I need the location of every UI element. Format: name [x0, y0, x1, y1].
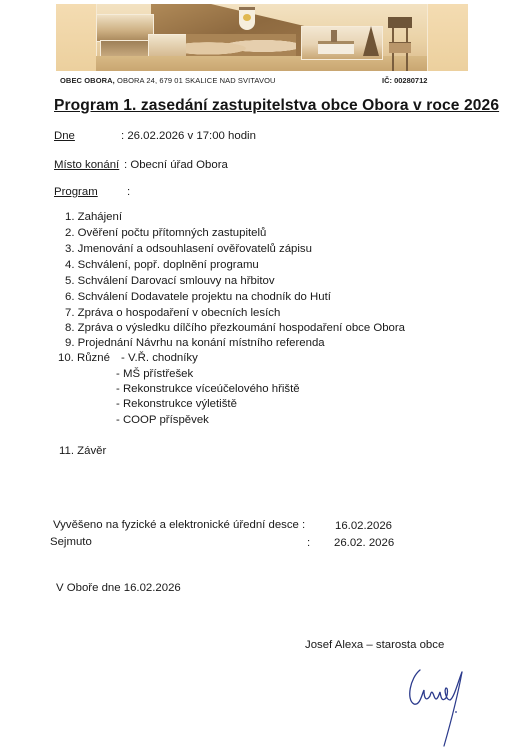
church-image — [318, 41, 354, 54]
removed-colon: : — [307, 537, 310, 549]
banner-trees-image — [186, 34, 296, 58]
place-date: V Oboře dne 16.02.2026 — [56, 582, 181, 594]
program-item: 1. Zahájení — [65, 211, 122, 223]
sub-item: - Rekonstrukce víceúčelového hřiště — [116, 383, 300, 395]
org-name: OBEC OBORA, — [60, 76, 115, 85]
program-item: 2. Ověření počtu přítomných zastupitelů — [65, 227, 266, 239]
org-address-line: OBEC OBORA, OBORA 24, 679 01 SKALICE NAD… — [60, 76, 276, 85]
header-banner — [56, 4, 468, 71]
sub-item: - MŠ přístřešek — [116, 368, 193, 380]
program-item: 4. Schválení, popř. doplnění programu — [65, 259, 259, 271]
program-label: Program — [54, 186, 98, 198]
banner-panel-left — [56, 4, 97, 71]
coat-of-arms-emblem-icon — [243, 14, 251, 21]
lookout-tower-platform — [389, 42, 411, 53]
posted-value: 16.02.2026 — [335, 520, 392, 532]
page-title: Program 1. zasedání zastupitelstva obce … — [54, 97, 499, 115]
program-item: 5. Schválení Darovací smlouvy na hřbitov — [65, 275, 275, 287]
church-tower-image — [331, 30, 337, 42]
lookout-tower-image — [388, 17, 412, 28]
program-item: 7. Zpráva o hospodaření v obecních lesíc… — [65, 307, 280, 319]
sub-item: - V.Ř. chodníky — [121, 352, 198, 364]
sub-item: - COOP příspěvek — [116, 414, 209, 426]
posted-label: Vyvěšeno na fyzické a elektronické úředn… — [53, 519, 305, 531]
place-value: : Obecní úřad Obora — [124, 159, 228, 171]
program-item: 8. Zpráva o výsledku dílčího přezkoumání… — [65, 322, 405, 334]
sub-item: - Rekonstrukce výletiště — [116, 398, 237, 410]
program-item: 3. Jmenování a odsouhlasení ověřovatelů … — [65, 243, 312, 255]
org-address: OBORA 24, 679 01 SKALICE NAD SVITAVOU — [117, 76, 276, 85]
signature-icon — [400, 660, 480, 750]
signatory: Josef Alexa – starosta obce — [305, 639, 444, 651]
program-item: 6. Schválení Dodavatele projektu na chod… — [65, 291, 331, 303]
program-item-closing: 11. Závěr — [59, 445, 106, 457]
program-item: 9. Projednání Návrhu na konání místního … — [65, 337, 325, 349]
date-value: : 26.02.2026 v 17:00 hodin — [121, 130, 256, 142]
date-label: Dne — [54, 130, 75, 142]
program-colon: : — [127, 186, 130, 198]
program-item: 10. Různé — [58, 352, 110, 364]
banner-photo-quarry — [96, 14, 154, 42]
org-ic: IČ: 00280712 — [382, 76, 427, 85]
place-label: Místo konání — [54, 159, 119, 171]
removed-value: 26.02. 2026 — [334, 537, 394, 549]
removed-label: Sejmuto — [50, 536, 92, 548]
banner-panel-right — [427, 4, 468, 71]
